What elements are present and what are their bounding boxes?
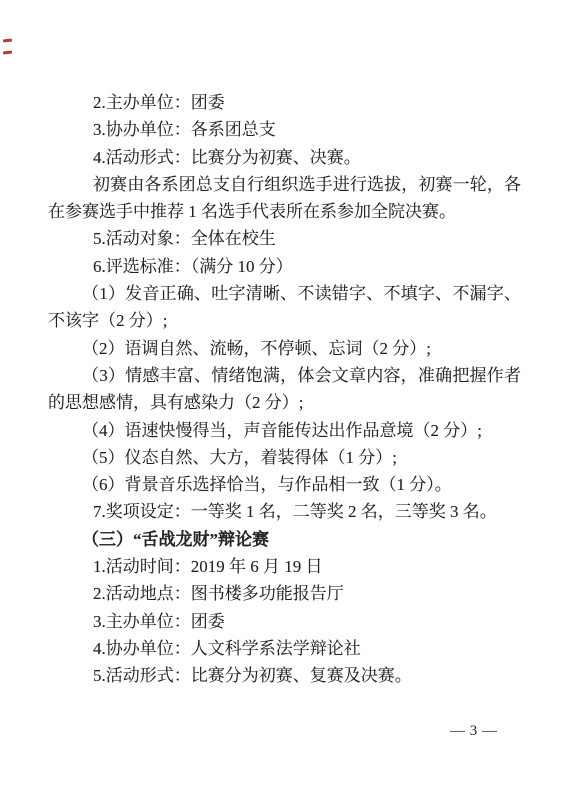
text-line: 4.协办单位：人文科学系法学辩论社	[48, 635, 521, 662]
text-line: （1）发音正确、吐字清晰、不读错字、不填字、不漏字、	[48, 280, 521, 307]
section-heading: （三）“舌战龙财”辩论赛	[48, 526, 521, 553]
text-line: 5.活动对象：全体在校生	[48, 225, 521, 252]
red-pen-mark	[3, 39, 12, 43]
page-number: — 3 —	[450, 723, 498, 740]
text-line: 不该字（2 分）;	[48, 307, 521, 334]
text-line: 4.活动形式：比赛分为初赛、决赛。	[48, 144, 521, 171]
text-line: 2.活动地点：图书楼多功能报告厅	[48, 580, 521, 607]
text-line: （4）语速快慢得当，声音能传达出作品意境（2 分）;	[48, 417, 521, 444]
text-line: 2.主办单位：团委	[48, 89, 521, 116]
text-line: 5.活动形式：比赛分为初赛、复赛及决赛。	[48, 662, 521, 689]
text-line: （2）语调自然、流畅，不停顿、忘词（2 分）;	[48, 335, 521, 362]
text-line: 初赛由各系团总支自行组织选手进行选拔，初赛一轮，各系	[48, 171, 521, 198]
text-line: 在参赛选手中推荐 1 名选手代表所在系参加全院决赛。	[48, 198, 521, 225]
text-line: （5）仪态自然、大方，着装得体（1 分）;	[48, 444, 521, 471]
text-line: 3.协办单位：各系团总支	[48, 116, 521, 143]
text-line: （6）背景音乐选择恰当，与作品相一致（1 分）。	[48, 471, 521, 498]
document-body: 2.主办单位：团委3.协办单位：各系团总支4.活动形式：比赛分为初赛、决赛。初赛…	[48, 89, 521, 690]
text-line: （3）情感丰富、情绪饱满，体会文章内容，准确把握作者	[48, 362, 521, 389]
red-pen-mark	[3, 51, 12, 55]
document-page: 2.主办单位：团委3.协办单位：各系团总支4.活动形式：比赛分为初赛、决赛。初赛…	[0, 0, 565, 804]
text-line: 3.主办单位：团委	[48, 608, 521, 635]
text-line: 1.活动时间：2019 年 6 月 19 日	[48, 553, 521, 580]
text-line: 7.奖项设定：一等奖 1 名，二等奖 2 名，三等奖 3 名。	[48, 498, 521, 525]
text-line: 6.评选标准：（满分 10 分）	[48, 253, 521, 280]
text-line: 的思想感情，具有感染力（2 分）;	[48, 389, 521, 416]
